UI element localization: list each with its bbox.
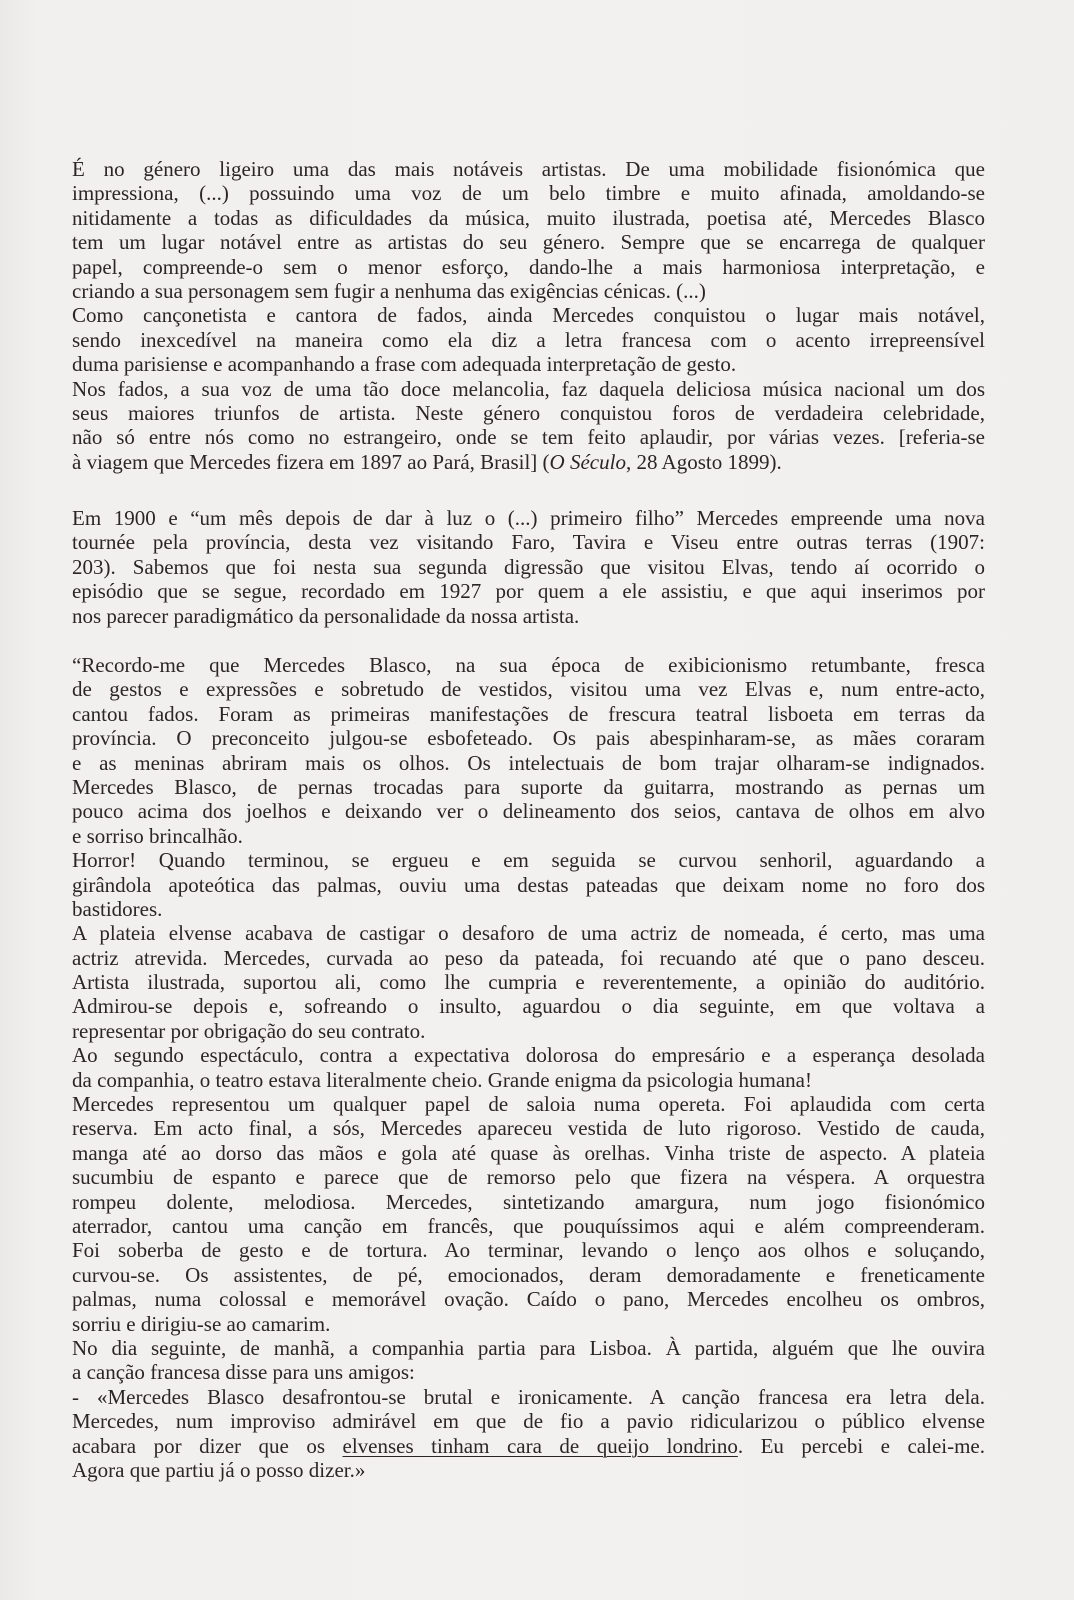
- text-line: duma parisiense e acompanhando a frase c…: [72, 352, 985, 376]
- text-line: e as meninas abriram mais os olhos. Os i…: [72, 751, 985, 775]
- text-line: seus maiores triunfos de artista. Neste …: [72, 401, 985, 425]
- text-line: da companhia, o teatro estava literalmen…: [72, 1068, 985, 1092]
- text-line: tournée pela província, desta vez visita…: [72, 530, 985, 554]
- text-line: a canção francesa disse para uns amigos:: [72, 1360, 985, 1384]
- narrative-paragraph: Em 1900 e “um mês depois de dar à luz o …: [72, 506, 985, 628]
- text-line: Nos fados, a sua voz de uma tão doce mel…: [72, 377, 985, 401]
- text-line: “Recordo-me que Mercedes Blasco, na sua …: [72, 653, 985, 677]
- quote-o-seculo-1899: É no género ligeiro uma das mais notávei…: [72, 157, 985, 474]
- text-line: representar por obrigação do seu contrat…: [72, 1019, 985, 1043]
- text-line: Mercedes representou um qualquer papel d…: [72, 1092, 985, 1116]
- text-line: sendo inexcedível na maneira como ela di…: [72, 328, 985, 352]
- text-line: e sorriso brincalhão.: [72, 824, 985, 848]
- text-line: Admirou-se depois e, sofreando o insulto…: [72, 994, 985, 1018]
- citation-line: à viagem que Mercedes fizera em 1897 ao …: [72, 450, 985, 474]
- text-line: Foi soberba de gesto e de tortura. Ao te…: [72, 1238, 985, 1262]
- text-line: episódio que se segue, recordado em 1927…: [72, 579, 985, 603]
- text-line: sorriu e dirigiu-se ao camarim.: [72, 1312, 985, 1336]
- citation-source-title: O Século: [550, 450, 626, 474]
- text-line: manga até ao dorso das mãos e gola até q…: [72, 1141, 985, 1165]
- text-line: não só entre nós como no estrangeiro, on…: [72, 425, 985, 449]
- citation-text: à viagem que Mercedes fizera em 1897 ao …: [72, 450, 550, 474]
- text-line: bastidores.: [72, 897, 985, 921]
- underlined-phrase: elvenses tinham cara de queijo londrino: [343, 1434, 738, 1458]
- text-line: impressiona, (...) possuindo uma voz de …: [72, 181, 985, 205]
- text-line: cantou fados. Foram as primeiras manifes…: [72, 702, 985, 726]
- text-line: nitidamente a todas as dificuldades da m…: [72, 206, 985, 230]
- text-line: Mercedes, num improviso admirável em que…: [72, 1409, 985, 1433]
- text-line: actriz atrevida. Mercedes, curvada ao pe…: [72, 946, 985, 970]
- text-line: 203). Sabemos que foi nesta sua segunda …: [72, 555, 985, 579]
- text-line: Horror! Quando terminou, se ergueu e em …: [72, 848, 985, 872]
- text-line: nos parecer paradigmático da personalida…: [72, 604, 985, 628]
- text-segment: acabara por dizer que os: [72, 1434, 343, 1458]
- text-line: Como cançonetista e cantora de fados, ai…: [72, 303, 985, 327]
- text-line: Em 1900 e “um mês depois de dar à luz o …: [72, 506, 985, 530]
- text-line: É no género ligeiro uma das mais notávei…: [72, 157, 985, 181]
- text-line: papel, compreende-o sem o menor esforço,…: [72, 255, 985, 279]
- text-line: - «Mercedes Blasco desafrontou-se brutal…: [72, 1385, 985, 1409]
- text-line: sucumbiu de espanto e parece que de remo…: [72, 1165, 985, 1189]
- scanned-book-page: É no género ligeiro uma das mais notávei…: [0, 0, 1074, 1600]
- text-line: Ao segundo espectáculo, contra a expecta…: [72, 1043, 985, 1067]
- text-line: reserva. Em acto final, a sós, Mercedes …: [72, 1116, 985, 1140]
- text-line: rompeu dolente, melodiosa. Mercedes, sin…: [72, 1190, 985, 1214]
- text-line: tem um lugar notável entre as artistas d…: [72, 230, 985, 254]
- underlined-phrase-line: acabara por dizer que os elvenses tinham…: [72, 1434, 985, 1458]
- text-line: girândola apoteótica das palmas, ouviu u…: [72, 873, 985, 897]
- text-line: curvou-se. Os assistentes, de pé, emocio…: [72, 1263, 985, 1287]
- text-segment: . Eu percebi e calei-me.: [738, 1434, 985, 1458]
- text-line: A plateia elvense acabava de castigar o …: [72, 921, 985, 945]
- text-line: No dia seguinte, de manhã, a companhia p…: [72, 1336, 985, 1360]
- text-line: Mercedes Blasco, de pernas trocadas para…: [72, 775, 985, 799]
- text-line: aterrador, cantou uma canção em francês,…: [72, 1214, 985, 1238]
- text-line: Agora que partiu já o posso dizer.»: [72, 1458, 985, 1482]
- text-line: criando a sua personagem sem fugir a nen…: [72, 279, 985, 303]
- text-line: província. O preconceito julgou-se esbof…: [72, 726, 985, 750]
- text-line: pouco acima dos joelhos e deixando ver o…: [72, 799, 985, 823]
- text-line: de gestos e expressões e sobretudo de ve…: [72, 677, 985, 701]
- text-line: Artista ilustrada, suportou ali, como lh…: [72, 970, 985, 994]
- text-line: palmas, numa colossal e memorável ovação…: [72, 1287, 985, 1311]
- quote-elvas-recollection: “Recordo-me que Mercedes Blasco, na sua …: [72, 653, 985, 1482]
- citation-date: , 28 Agosto 1899).: [626, 450, 782, 474]
